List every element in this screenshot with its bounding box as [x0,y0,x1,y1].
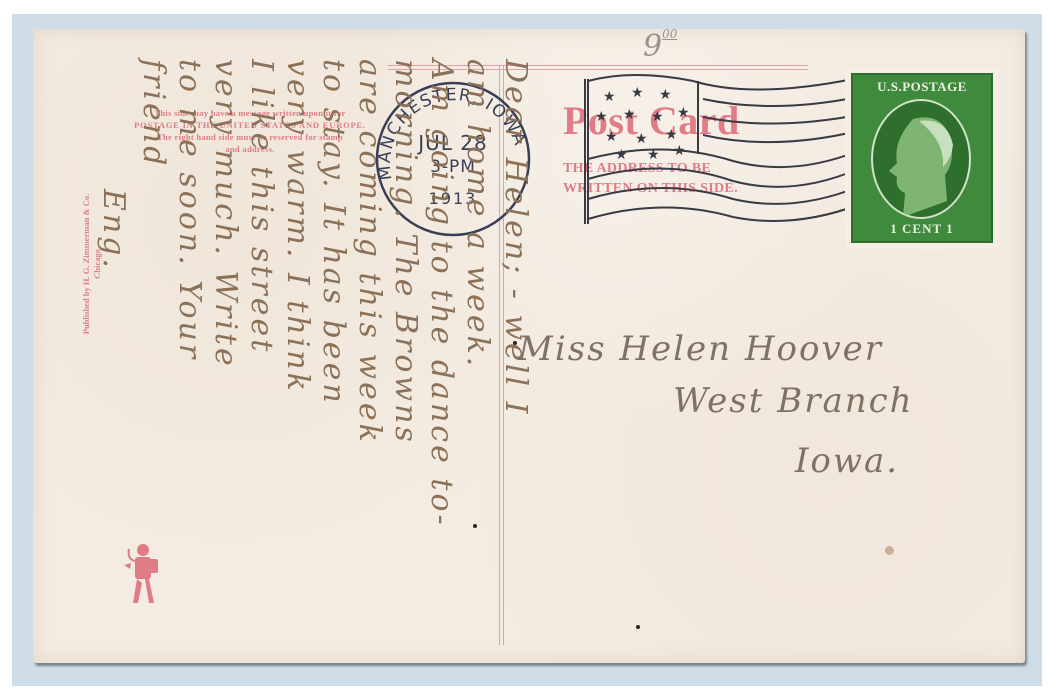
svg-text:★: ★ [605,130,618,145]
ink-dot [473,524,477,528]
message-line: I like this street [244,59,279,354]
postage-stamp: U.S.POSTAGE 1 CENT 1 [845,67,999,249]
stamp-denomination: 1 CENT 1 [853,221,991,237]
message-signature: Eng. [96,189,131,271]
svg-text:★: ★ [623,108,636,123]
svg-text:★: ★ [631,86,644,101]
message-line: am home a week. [460,59,495,369]
svg-text:★: ★ [665,128,678,143]
message-line: are coming this week [352,59,387,445]
svg-text:★: ★ [647,148,660,163]
handwritten-message: Dear Helen; - well I am home a week. Am … [63,39,503,649]
message-line: very much. Write [208,59,243,369]
recipient-state: Iowa. [795,441,899,481]
recipient-name: Miss Helen Hoover [518,329,883,369]
washington-portrait-icon [871,99,971,219]
message-line: to me soon. Your [172,59,207,361]
svg-text:★: ★ [677,106,690,121]
svg-text:★: ★ [595,110,608,125]
svg-text:★: ★ [659,88,672,103]
ink-dot [513,341,517,345]
message-line: Am going to the dance to- [424,59,459,528]
recipient-town: West Branch [673,381,914,421]
svg-text:★: ★ [603,90,616,105]
svg-text:★: ★ [635,132,648,147]
svg-text:★: ★ [651,110,664,125]
message-line: to stay. It has been [316,59,351,406]
message-line: friend [136,59,171,168]
ink-dot [636,625,640,629]
stain-spot [885,546,894,555]
svg-text:★: ★ [615,148,628,163]
message-line: Dear Helen; - well I [498,59,533,416]
svg-text:★: ★ [673,144,686,159]
flag-cancel-icon: ★★★ ★★★★ ★★★ ★★★ [573,59,863,229]
message-line: very warm. I think [280,59,315,394]
stamp-face: U.S.POSTAGE 1 CENT 1 [851,73,993,243]
stamp-top-text: U.S.POSTAGE [853,79,991,95]
message-line: morning. The Browns [388,59,423,445]
postcard: 900 This side may have a message written… [33,29,1025,663]
